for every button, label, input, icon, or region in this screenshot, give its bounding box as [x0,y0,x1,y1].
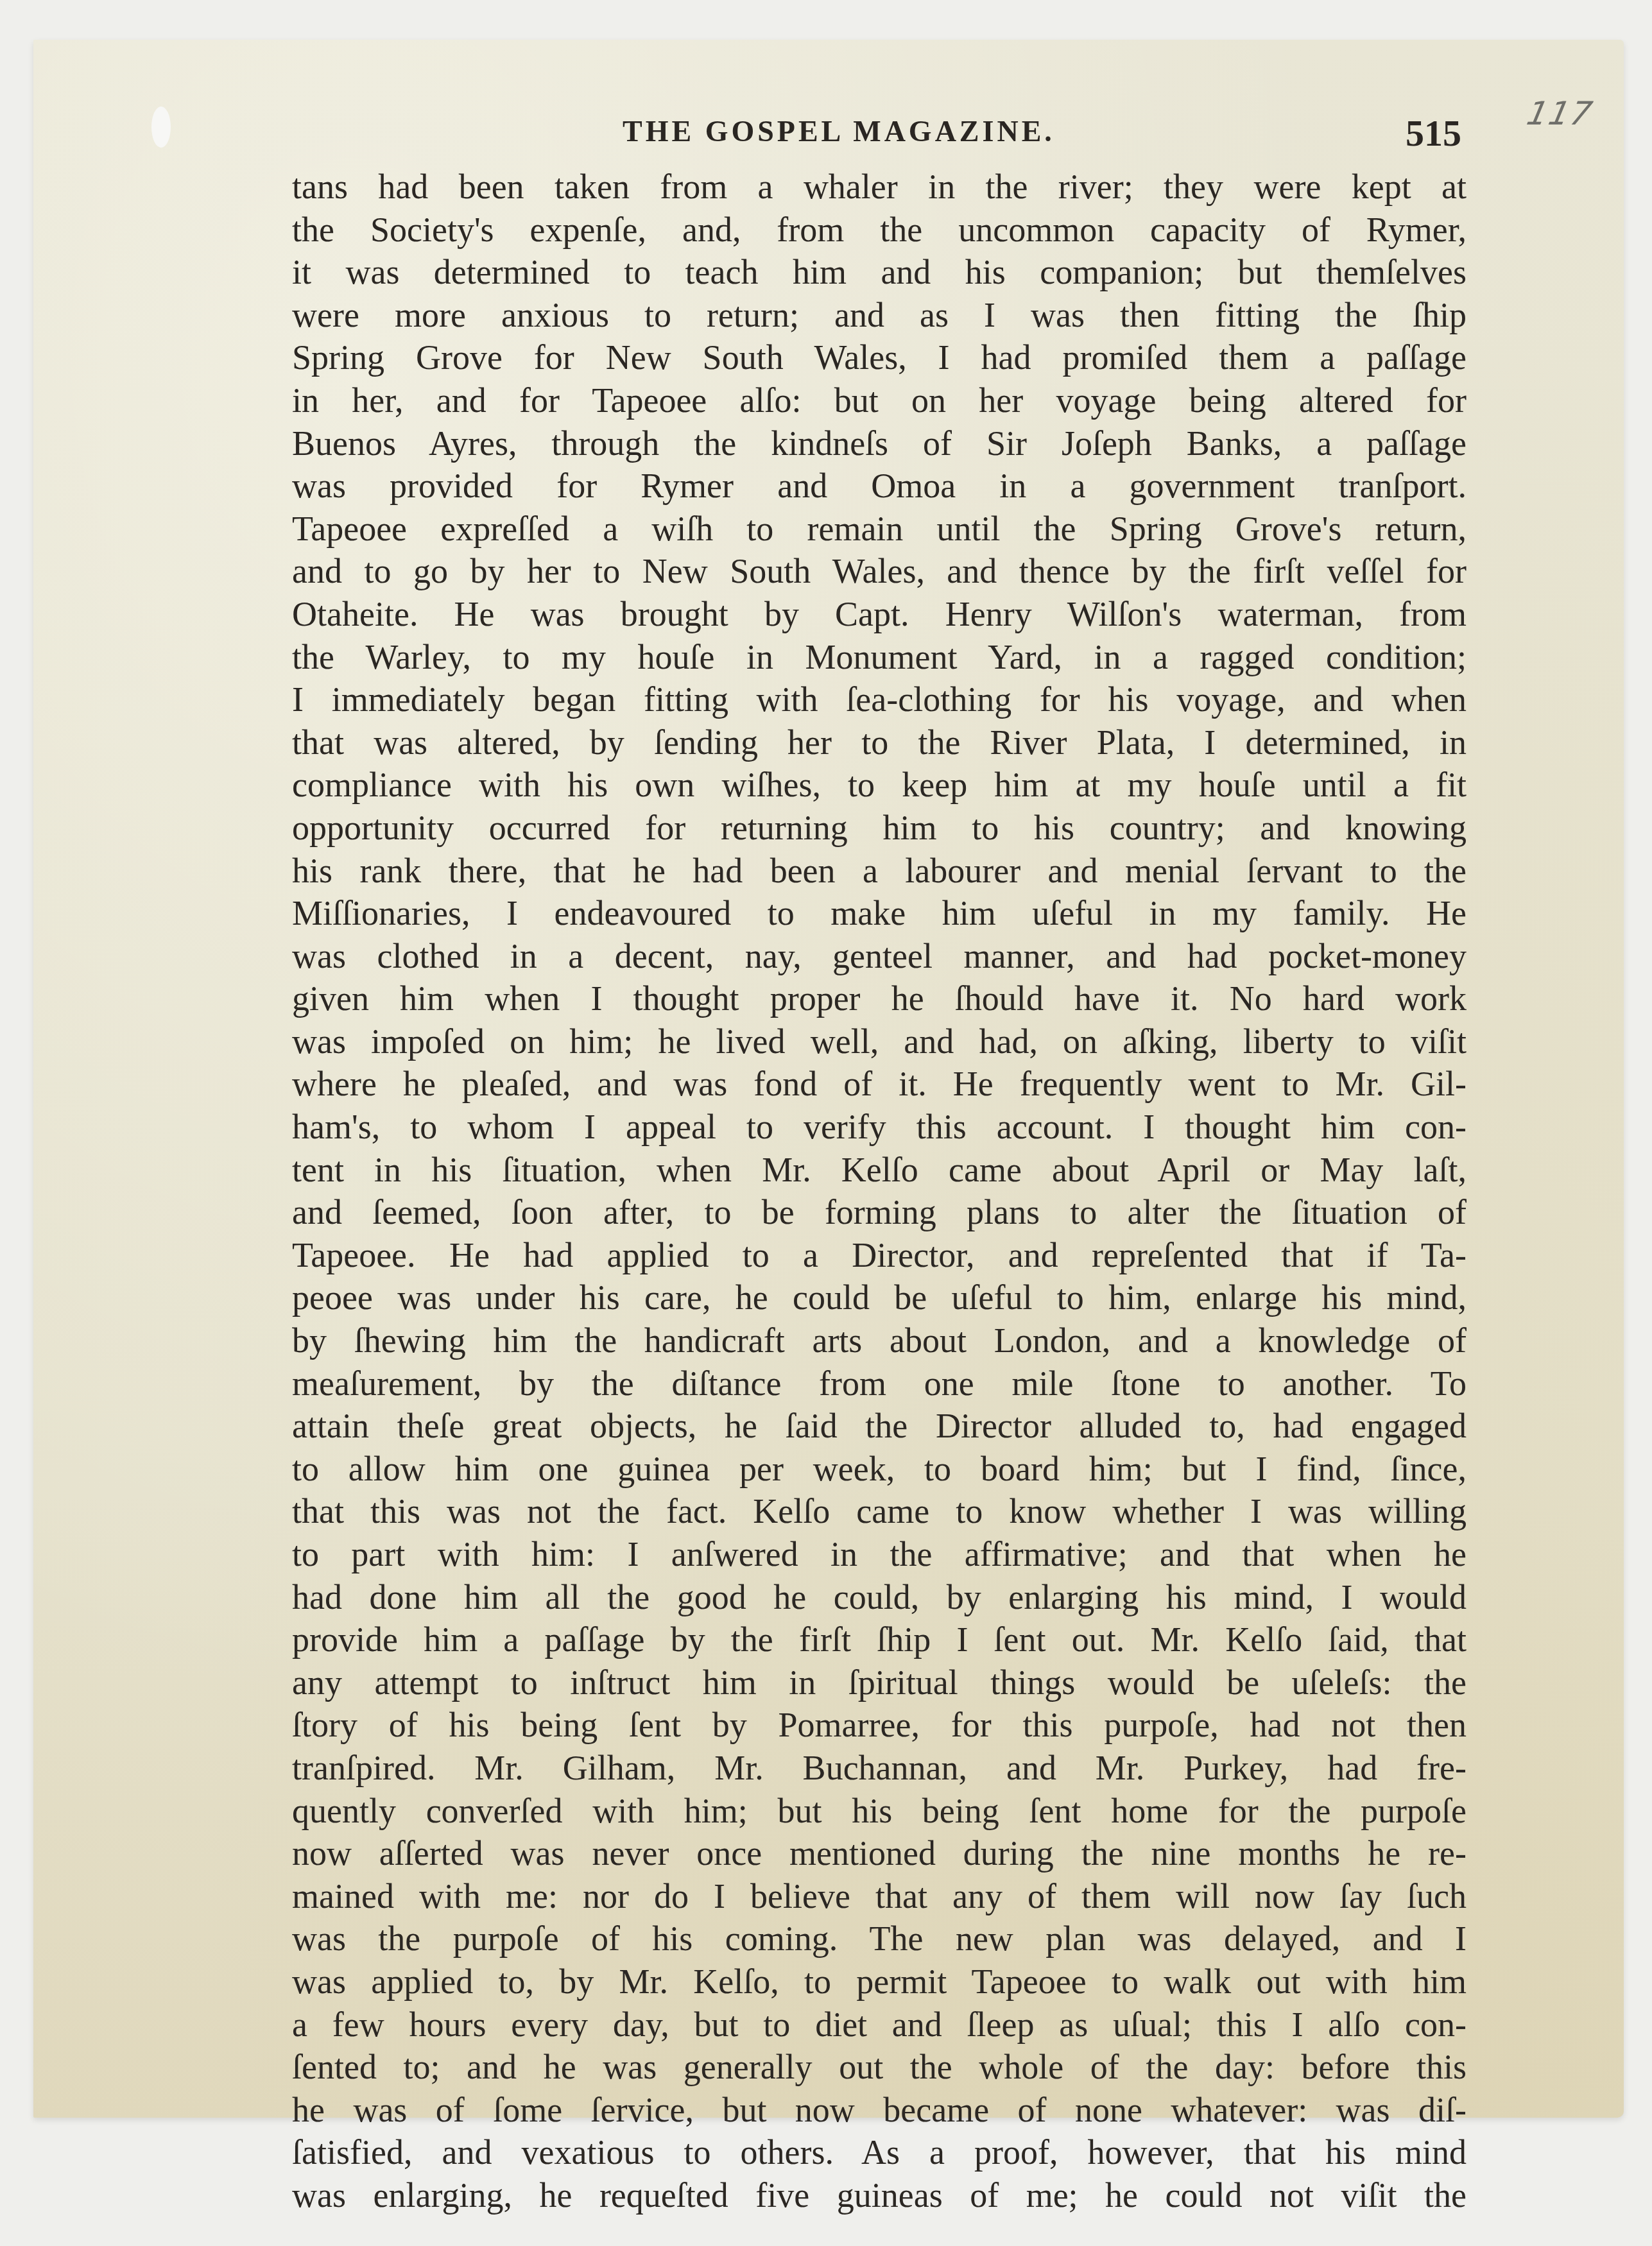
text-line: by ſhewing him the handicraft arts about… [292,1319,1467,1362]
text-line: that was altered, by ſending her to the … [292,721,1467,764]
text-line: quently converſed with him; but his bein… [292,1790,1467,1833]
text-line: in her, and for Tapeoee alſo: but on her… [292,379,1467,422]
text-line: Buenos Ayres, through the kindneſs of Si… [292,422,1467,465]
text-line: Otaheite. He was brought by Capt. Henry … [292,593,1467,636]
text-line: tent in his ſituation, when Mr. Kelſo ca… [292,1149,1467,1192]
text-line: ſatisfied, and vexatious to others. As a… [292,2131,1467,2174]
text-line: given him when I thought proper he ſhoul… [292,977,1467,1020]
text-line: was enlarging, he requeſted five guineas… [292,2174,1467,2217]
text-line: was applied to, by Mr. Kelſo, to permit … [292,1960,1467,2003]
running-head: THE GOSPEL MAGAZINE. [623,114,1055,148]
text-line: meaſurement, by the diſtance from one mi… [292,1362,1467,1405]
text-line: ſtory of his being ſent by Pomarree, for… [292,1704,1467,1747]
punch-hole [151,107,171,148]
text-line: were more anxious to return; and as I wa… [292,294,1467,337]
text-line: the Warley, to my houſe in Monument Yard… [292,636,1467,679]
text-line: was impoſed on him; he lived well, and h… [292,1020,1467,1063]
text-line: attain theſe great objects, he ſaid the … [292,1405,1467,1448]
text-line: compliance with his own wiſhes, to keep … [292,764,1467,807]
text-line: it was determined to teach him and his c… [292,251,1467,294]
text-line: provide him a paſſage by the firſt ſhip … [292,1618,1467,1661]
pencil-annotation: 117 [1524,95,1597,132]
text-line: Tapeoee. He had applied to a Director, a… [292,1234,1467,1277]
text-line: mained with me: nor do I believe that an… [292,1875,1467,1918]
text-line: tans had been taken from a whaler in the… [292,166,1467,209]
text-line: to allow him one guinea per week, to boa… [292,1448,1467,1491]
text-line: a few hours every day, but to diet and ſ… [292,2003,1467,2046]
text-line: was provided for Rymer and Omoa in a gov… [292,465,1467,508]
text-line: ſented to; and he was generally out the … [292,2046,1467,2089]
text-line: and ſeemed, ſoon after, to be forming pl… [292,1191,1467,1234]
text-line: Tapeoee expreſſed a wiſh to remain until… [292,508,1467,551]
text-line: where he pleaſed, and was fond of it. He… [292,1063,1467,1106]
text-line: his rank there, that he had been a labou… [292,850,1467,893]
text-line: any attempt to inſtruct him in ſpiritual… [292,1661,1467,1704]
text-line: Miſſionaries, I endeavoured to make him … [292,892,1467,935]
page-number: 515 [1406,112,1461,155]
text-line: and to go by her to New South Wales, and… [292,550,1467,593]
text-line: was the purpoſe of his coming. The new p… [292,1917,1467,1960]
text-line: opportunity occurred for returning him t… [292,807,1467,850]
text-line: the Society's expenſe, and, from the unc… [292,209,1467,252]
text-line: to part with him: I anſwered in the affi… [292,1533,1467,1576]
text-line: I immediately began fitting with ſea-clo… [292,678,1467,721]
text-line: Spring Grove for New South Wales, I had … [292,336,1467,379]
text-line: tranſpired. Mr. Gilham, Mr. Buchannan, a… [292,1747,1467,1790]
text-line: he was of ſome ſervice, but now became o… [292,2089,1467,2132]
text-line: that this was not the fact. Kelſo came t… [292,1490,1467,1533]
text-line: was clothed in a decent, nay, genteel ma… [292,935,1467,978]
text-line: ham's, to whom I appeal to verify this a… [292,1106,1467,1149]
text-line: peoee was under his care, he could be uſ… [292,1276,1467,1319]
body-text: tans had been taken from a whaler in the… [292,166,1467,2217]
text-line: now aſſerted was never once mentioned du… [292,1832,1467,1875]
text-line: had done him all the good he could, by e… [292,1576,1467,1619]
